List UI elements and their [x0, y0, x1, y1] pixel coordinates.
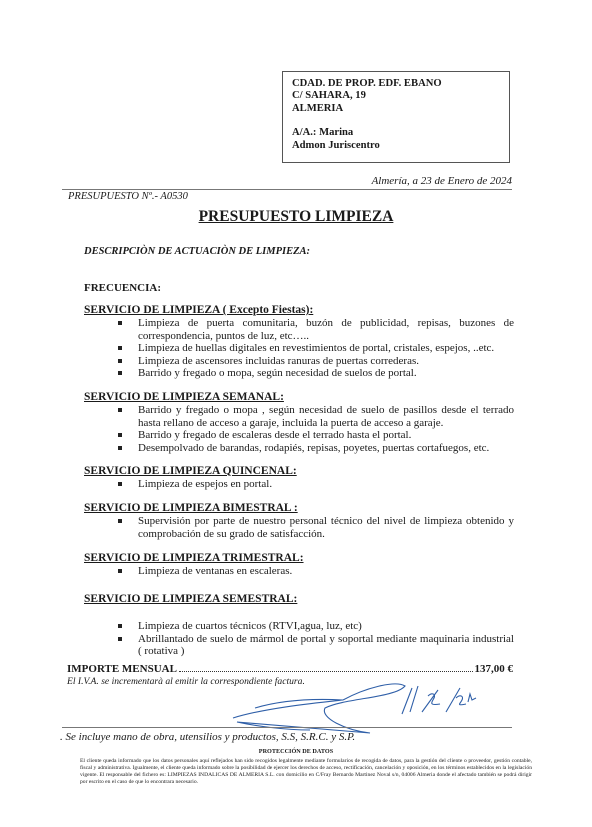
recipient-attention: A/A.: Marina — [292, 127, 500, 139]
list-item: Desempolvado de barandas, rodapiés, repi… — [118, 442, 514, 455]
list-item: Limpieza de huellas digitales en revesti… — [118, 342, 514, 355]
bullet-icon — [118, 433, 122, 437]
list-item: Limpieza de puerta comunitaria, buzón de… — [118, 317, 514, 342]
bullet-icon — [118, 482, 122, 486]
section-heading: SERVICIO DE LIMPIEZA QUINCENAL: — [84, 465, 514, 478]
bullet-icon — [118, 519, 122, 523]
service-section-quarterly: SERVICIO DE LIMPIEZA TRIMESTRAL: Limpiez… — [84, 552, 514, 578]
privacy-text: El cliente queda informado que los datos… — [80, 758, 532, 786]
service-section-bimonthly: SERVICIO DE LIMPIEZA BIMESTRAL : Supervi… — [84, 502, 514, 540]
includes-note: . Se incluye mano de obra, utensilios y … — [60, 731, 355, 743]
bullet-icon — [118, 446, 122, 450]
bullet-icon — [118, 321, 122, 325]
total-label: IMPORTE MENSUAL — [67, 663, 177, 675]
section-heading: SERVICIO DE LIMPIEZA SEMANAL: — [84, 391, 514, 404]
list-item: Supervisión por parte de nuestro persona… — [118, 515, 514, 540]
bullet-icon — [118, 408, 122, 412]
recipient-address-box: CDAD. DE PROP. EDF. EBANO C/ SAHARA, 19 … — [282, 71, 510, 163]
handwritten-date-icon — [398, 682, 478, 722]
list-item: Barrido y fregado de escaleras desde el … — [118, 429, 514, 442]
list-item: Barrido y fregado o mopa , según necesid… — [118, 404, 514, 429]
bullet-icon — [118, 569, 122, 573]
bullet-icon — [118, 624, 122, 628]
section-heading: SERVICIO DE LIMPIEZA BIMESTRAL : — [84, 502, 514, 515]
list-item: Limpieza de cuartos técnicos (RTVI,agua,… — [118, 620, 514, 633]
divider — [62, 189, 512, 190]
recipient-line: ALMERIA — [292, 103, 500, 115]
service-section-biweekly: SERVICIO DE LIMPIEZA QUINCENAL: Limpieza… — [84, 465, 514, 491]
privacy-title: PROTECCIÓN DE DATOS — [0, 748, 592, 755]
service-section-general: SERVICIO DE LIMPIEZA ( Excepto Fiestas):… — [84, 304, 514, 380]
list-item: Limpieza de ventanas en escaleras. — [118, 565, 514, 578]
section-heading: SERVICIO DE LIMPIEZA ( Excepto Fiestas): — [84, 304, 514, 317]
list-item: Abrillantado de suelo de mármol de porta… — [118, 633, 514, 658]
recipient-line: CDAD. DE PROP. EDF. EBANO — [292, 78, 500, 90]
service-section-semiannual: SERVICIO DE LIMPIEZA SEMESTRAL: Limpieza… — [84, 593, 514, 658]
description-heading: DESCRIPCIÒN DE ACTUACIÒN DE LIMPIEZA: — [84, 246, 310, 257]
service-section-weekly: SERVICIO DE LIMPIEZA SEMANAL: Barrido y … — [84, 391, 514, 454]
recipient-line: C/ SAHARA, 19 — [292, 90, 500, 102]
list-item: Limpieza de ascensores incluidas ranuras… — [118, 355, 514, 368]
recipient-administrator: Admon Juriscentro — [292, 140, 500, 152]
total-amount: 137,00 € — [475, 663, 514, 675]
frequency-label: FRECUENCIA: — [84, 282, 161, 294]
divider — [62, 727, 512, 728]
document-date: Almería, a 23 de Enero de 2024 — [360, 175, 512, 187]
bullet-icon — [118, 359, 122, 363]
section-heading: SERVICIO DE LIMPIEZA SEMESTRAL: — [84, 593, 514, 606]
bullet-icon — [118, 637, 122, 641]
budget-number: PRESUPUESTO Nº.- A0530 — [68, 191, 188, 202]
section-heading: SERVICIO DE LIMPIEZA TRIMESTRAL: — [84, 552, 514, 565]
list-item: Barrido y fregado o mopa, según necesida… — [118, 367, 514, 380]
bullet-icon — [118, 371, 122, 375]
bullet-icon — [118, 346, 122, 350]
list-item: Limpieza de espejos en portal. — [118, 478, 514, 491]
document-title: PRESUPUESTO LIMPIEZA — [0, 208, 592, 226]
